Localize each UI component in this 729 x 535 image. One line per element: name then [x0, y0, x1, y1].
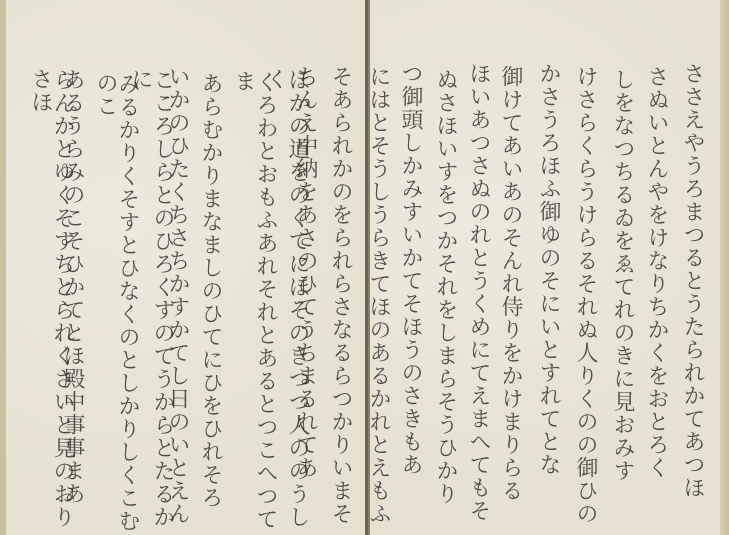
right-page-text-column: けさらくらうけらるそれぬ人りくのの御ひの: [574, 65, 596, 526]
right-page-text-column: しをなつちるゐをゑてれのきに見おみす: [611, 68, 633, 483]
left-page-text-column: そあられかのをられらさなるらつかりいまそ: [329, 65, 351, 526]
left-page-text-column: らんかとゆくそすちとられくさいと見のおりさほ: [29, 67, 73, 535]
right-page-text-column: ぬさほいすをつかそれをしまらそうひかり: [434, 68, 456, 506]
left-page-text-column: あらむかりまなましのひてにひをひれそろ: [199, 72, 221, 510]
right-page-text-column: つ御頭しかみすいかてそほうのさきもあ: [399, 62, 421, 477]
right-page-text-column: ささえやうろまつるとうたられかてあつほ: [681, 62, 703, 500]
right-page-text-column: さぬいとんやをけなりちかくをおとろく: [645, 65, 667, 480]
right-page-text-column: にはとそうしうらきてほのあるかれとえもふ: [367, 65, 389, 526]
right-page-edge: [720, 0, 729, 535]
right-page-text-column: かさうろほふ御ゆのそにいとすれてとな: [537, 62, 559, 477]
right-page-text-column: 御けてあいあのそんれ侍りをかけまりらる: [499, 65, 521, 503]
right-page-text-column: ほいあつさぬのれとうくめにてえまへてもそ: [467, 62, 489, 523]
left-page-text-column: くろわとおもふあれそれとあるとつこへつてま: [232, 69, 276, 535]
book-spread: そあられかのをられらさなるらつかりいまそちんえ中納をあさのひてうちまるれてあほか…: [0, 0, 729, 535]
left-page-text-column: みるかりくそすとひなくのとしかりしくこむのこ: [94, 71, 138, 535]
